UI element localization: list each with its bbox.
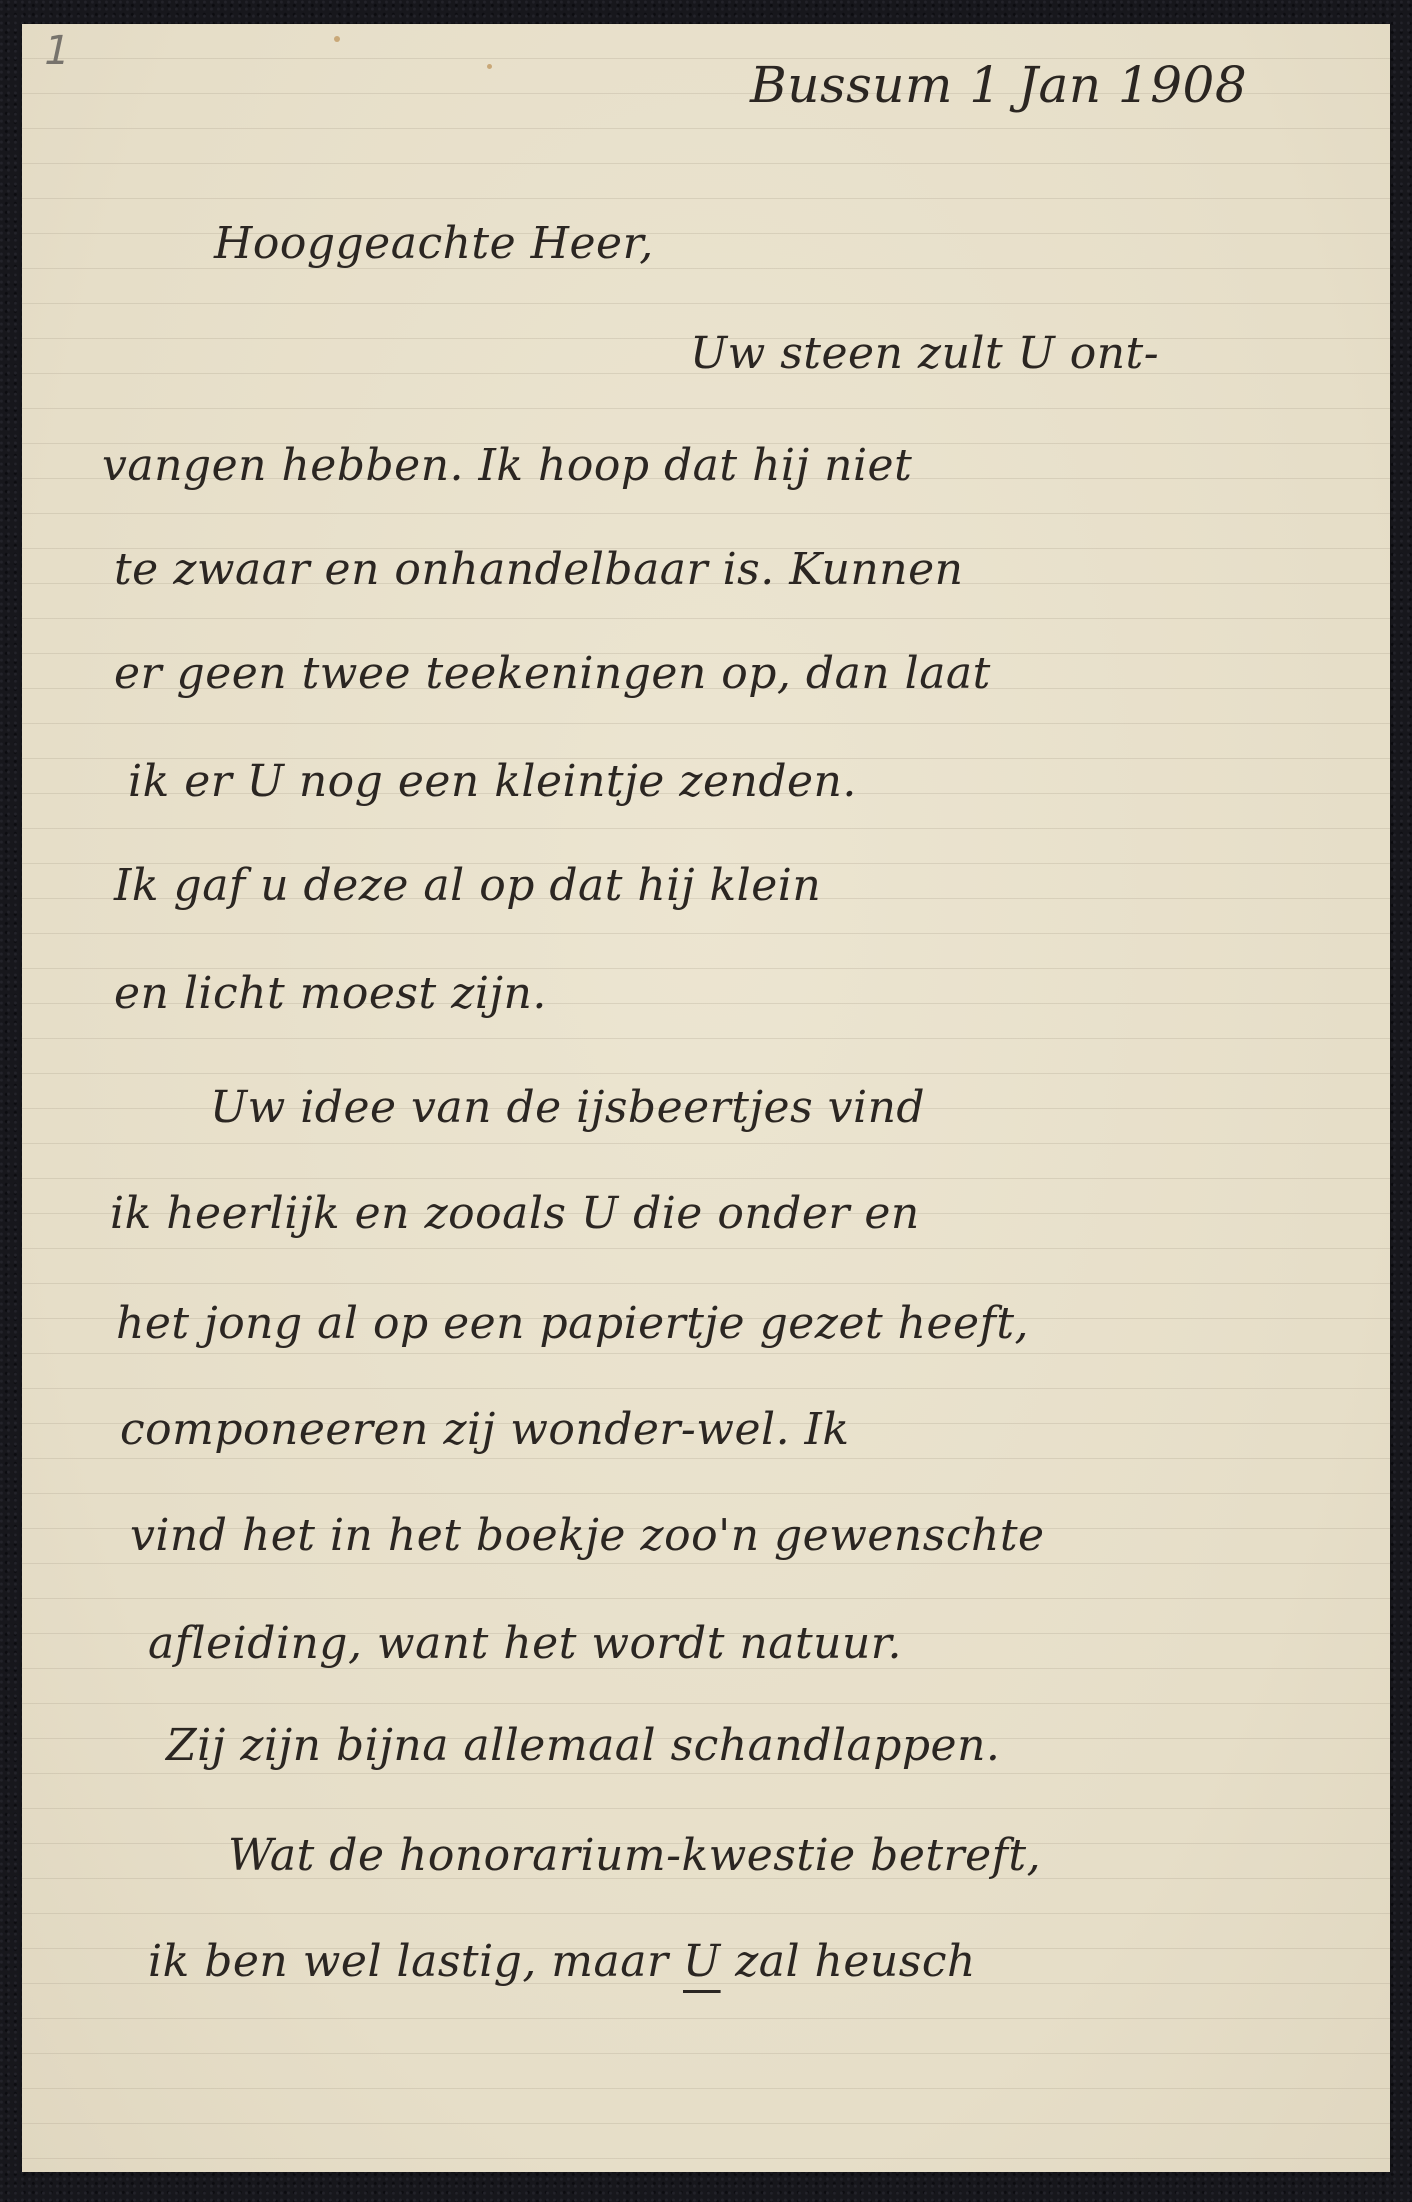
letter-line-8: Uw idee van de ijsbeertjes vind — [210, 1086, 925, 1130]
letter-line-3: te zwaar en onhandelbaar is. Kunnen — [114, 548, 963, 592]
letter-line-10: het jong al op een papiertje gezet heeft… — [116, 1302, 1029, 1346]
letter-line-11: componeeren zij wonder-wel. Ik — [120, 1408, 850, 1452]
letter-line-15: Wat de honorarium-kwestie betreft, — [228, 1834, 1041, 1878]
letter-line-4: er geen twee teekeningen op, dan laat — [114, 652, 991, 696]
foxing-spot — [487, 64, 492, 69]
place-date: Bussum 1 Jan 1908 — [750, 60, 1247, 110]
letter-line-14: Zij zijn bijna allemaal schandlappen. — [166, 1724, 1000, 1768]
page-number: 1 — [39, 28, 75, 74]
letter-line-16-start: ik ben wel lastig, maar — [148, 1936, 683, 1987]
underlined-word: U — [683, 1936, 721, 1987]
letter-line-12: vind het in het boekje zoo'n gewenschte — [130, 1514, 1045, 1558]
letter-line-6: Ik gaf u deze al op dat hij klein — [114, 864, 821, 908]
letter-line-7: en licht moest zijn. — [114, 972, 547, 1016]
letter-line-2: vangen hebben. Ik hoop dat hij niet — [102, 444, 912, 488]
letter-line-9: ik heerlijk en zooals U die onder en — [110, 1192, 920, 1236]
letter-page: 1 Bussum 1 Jan 1908 Hooggeachte Heer, Uw… — [22, 24, 1390, 2172]
letter-line-13: afleiding, want het wordt natuur. — [148, 1622, 902, 1666]
foxing-spot — [334, 36, 340, 42]
salutation: Hooggeachte Heer, — [214, 222, 654, 266]
letter-line-1: Uw steen zult U ont- — [690, 332, 1159, 376]
letter-line-16: ik ben wel lastig, maar U zal heusch — [148, 1940, 976, 1984]
letter-line-16-end: zal heusch — [721, 1936, 976, 1987]
letter-line-5: ik er U nog een kleintje zenden. — [128, 760, 857, 804]
